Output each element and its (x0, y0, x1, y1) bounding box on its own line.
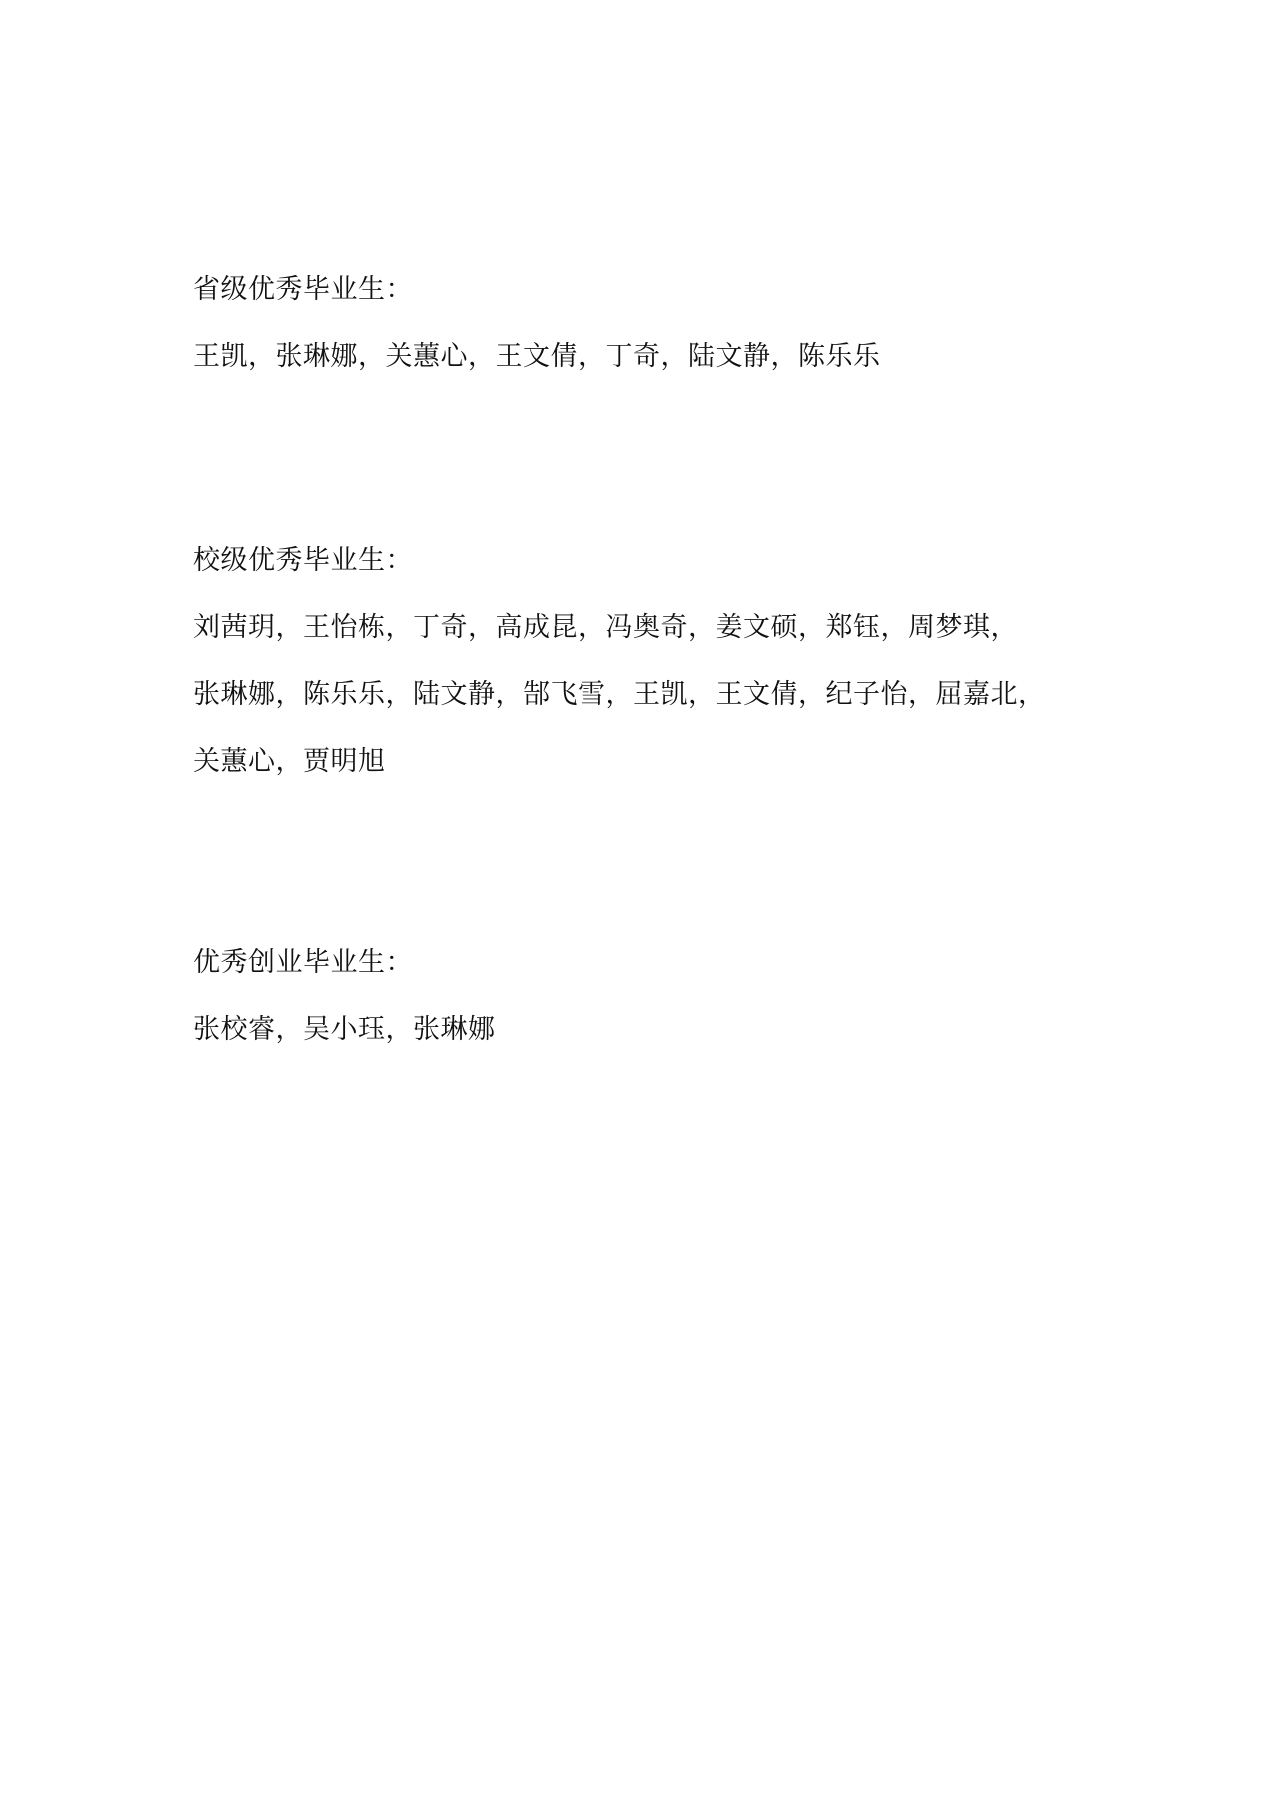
name-list-line: 张校睿，吴小珏，张琳娜 (193, 996, 1093, 1063)
section-entrepreneurship-outstanding-graduates: 优秀创业毕业生： 张校睿，吴小珏，张琳娜 (193, 929, 1093, 1063)
name-list-line: 王凯，张琳娜，关蕙心，王文倩，丁奇，陆文静，陈乐乐 (193, 323, 1093, 390)
section-school-outstanding-graduates: 校级优秀毕业生： 刘茜玥，王怡栋，丁奇，高成昆，冯奥奇，姜文硕，郑钰，周梦琪， … (193, 527, 1093, 795)
section-heading: 校级优秀毕业生： (193, 527, 1093, 594)
section-heading: 优秀创业毕业生： (193, 929, 1093, 996)
section-provincial-outstanding-graduates: 省级优秀毕业生： 王凯，张琳娜，关蕙心，王文倩，丁奇，陆文静，陈乐乐 (193, 256, 1093, 390)
section-heading: 省级优秀毕业生： (193, 256, 1093, 323)
name-list-line: 张琳娜，陈乐乐，陆文静，郜飞雪，王凯，王文倩，纪子怡，屈嘉北， (193, 661, 1093, 728)
document-page: 省级优秀毕业生： 王凯，张琳娜，关蕙心，王文倩，丁奇，陆文静，陈乐乐 校级优秀毕… (0, 0, 1280, 1810)
name-list-line: 关蕙心，贾明旭 (193, 728, 1093, 795)
name-list-line: 刘茜玥，王怡栋，丁奇，高成昆，冯奥奇，姜文硕，郑钰，周梦琪， (193, 594, 1093, 661)
